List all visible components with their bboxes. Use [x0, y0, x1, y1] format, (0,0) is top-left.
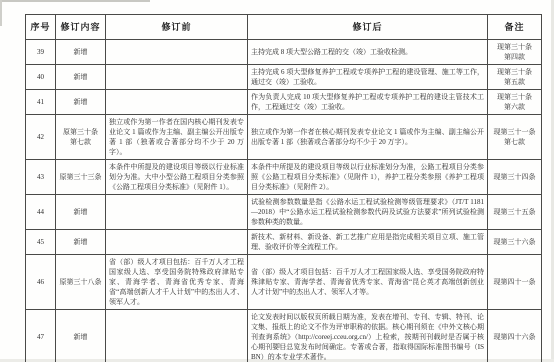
cell-after: 试验检测参数数量是指《公路水运工程试验检测等级管理要求》（JT/T 1181—2…: [248, 195, 488, 230]
header-no: 序号: [26, 15, 56, 40]
header-note: 备注: [488, 15, 542, 40]
cell-after: 主持完成 6 项大型修复养护工程或专项养护工程的建设管理、施工等工作，通过交（竣…: [248, 65, 488, 90]
table-row: 46 原第三十八条 省（部）级人才项目包括：百千万人才工程国家级人选、享受国务院…: [26, 255, 542, 310]
table-row: 45 新增 新技术、新材料、新设备、新工艺推广应用是指完成相关项目立项、施工管理…: [26, 230, 542, 255]
cell-note: 现第三十六条: [488, 230, 542, 255]
cell-note: 现第三十条 第四款: [488, 40, 542, 65]
cell-content: 新增: [56, 230, 106, 255]
cell-content: 新增: [56, 310, 106, 362]
cell-after: 本条件中所提及的建设项目等级以行业标准划分为准，公路工程项目分类参照《公路工程项…: [248, 160, 488, 195]
cell-note: 现第三十四条: [488, 160, 542, 195]
revision-comparison-table: 序号 修订内容 修订前 修订后 备注 39 新增 主持完成 8 项大型公路工程的…: [25, 14, 542, 362]
cell-before: [106, 230, 248, 255]
cell-content: 原第三十条 第七款: [56, 115, 106, 160]
header-content: 修订内容: [56, 15, 106, 40]
cell-after: 论文发表时间以版权页所载日期为准，发表在增刊、专刊、专辑、特刊、论文集、报纸上的…: [248, 310, 488, 362]
table-row: 40 新增 主持完成 6 项大型修复养护工程或专项养护工程的建设管理、施工等工作…: [26, 65, 542, 90]
cell-content: 新增: [56, 40, 106, 65]
cell-no: 46: [26, 255, 56, 310]
table-row: 47 新增 论文发表时间以版权页所载日期为准，发表在增刊、专刊、专辑、特刊、论文…: [26, 310, 542, 362]
cell-no: 39: [26, 40, 56, 65]
cell-note: 现第四十六条: [488, 310, 542, 362]
cell-after: 新技术、新材料、新设备、新工艺推广应用是指完成相关项目立项、施工管理、验收评价等…: [248, 230, 488, 255]
cell-note: 现第三十五条: [488, 195, 542, 230]
scan-edge-artifact: [0, 0, 150, 2]
table-row: 44 新增 试验检测参数数量是指《公路水运工程试验检测等级管理要求》（JT/T …: [26, 195, 542, 230]
scan-edge-artifact: [0, 0, 2, 26]
document-page: 序号 修订内容 修订前 修订后 备注 39 新增 主持完成 8 项大型公路工程的…: [0, 0, 554, 362]
cell-before: [106, 65, 248, 90]
cell-note: 现第三十条 第五款: [488, 65, 542, 90]
header-after: 修订后: [248, 15, 488, 40]
table-row: 41 新增 作为负责人完成 10 项大型修复养护工程或专项养护工程的建设主管技术…: [26, 90, 542, 115]
cell-before: [106, 310, 248, 362]
cell-before: [106, 40, 248, 65]
cell-content: 原第三十八条: [56, 255, 106, 310]
cell-after: 主持完成 8 项大型公路工程的交（竣）工验收检测。: [248, 40, 488, 65]
table-header-row: 序号 修订内容 修订前 修订后 备注: [26, 15, 542, 40]
cell-no: 41: [26, 90, 56, 115]
cell-content: 原第三十三条: [56, 160, 106, 195]
cell-no: 47: [26, 310, 56, 362]
cell-before: 省（部）级人才项目包括：百千万人才工程国家级人选、享受国务院特殊政府津贴专家、青…: [106, 255, 248, 310]
cell-no: 44: [26, 195, 56, 230]
table-row: 43 原第三十三条 本条件中所提及的建设项目等级以行业标准划分为准。大中小型公路…: [26, 160, 542, 195]
table-row: 39 新增 主持完成 8 项大型公路工程的交（竣）工验收检测。 现第三十条 第四…: [26, 40, 542, 65]
cell-no: 45: [26, 230, 56, 255]
cell-note: 现第四十一条: [488, 255, 542, 310]
cell-no: 42: [26, 115, 56, 160]
cell-note: 现第三十一条 第七款: [488, 115, 542, 160]
cell-before: [106, 90, 248, 115]
cell-content: 新增: [56, 195, 106, 230]
cell-content: 新增: [56, 90, 106, 115]
cell-before: 独立或作为第一作者在国内核心期刊发表专业论文 1 篇或作为主编、副主编公开出版专…: [106, 115, 248, 160]
page-number: - 30 -: [0, 342, 554, 350]
cell-no: 40: [26, 65, 56, 90]
cell-after: 独立或作为第一作者在核心期刊发表专业论文 1 篇或作为主编、副主编公开出版专著 …: [248, 115, 488, 160]
cell-content: 新增: [56, 65, 106, 90]
cell-after: 省（部）级人才项目包括：百千万人才工程国家级人选、享受国务院政府特殊津贴专家、青…: [248, 255, 488, 310]
cell-after: 作为负责人完成 10 项大型修复养护工程或专项养护工程的建设主管技术工作，工程通…: [248, 90, 488, 115]
cell-before: [106, 195, 248, 230]
table-row: 42 原第三十条 第七款 独立或作为第一作者在国内核心期刊发表专业论文 1 篇或…: [26, 115, 542, 160]
cell-before: 本条件中所提及的建设项目等级以行业标准划分为准。大中小型公路工程项目分类参照《公…: [106, 160, 248, 195]
cell-note: 现第三十条 第六款: [488, 90, 542, 115]
header-before: 修订前: [106, 15, 248, 40]
cell-no: 43: [26, 160, 56, 195]
